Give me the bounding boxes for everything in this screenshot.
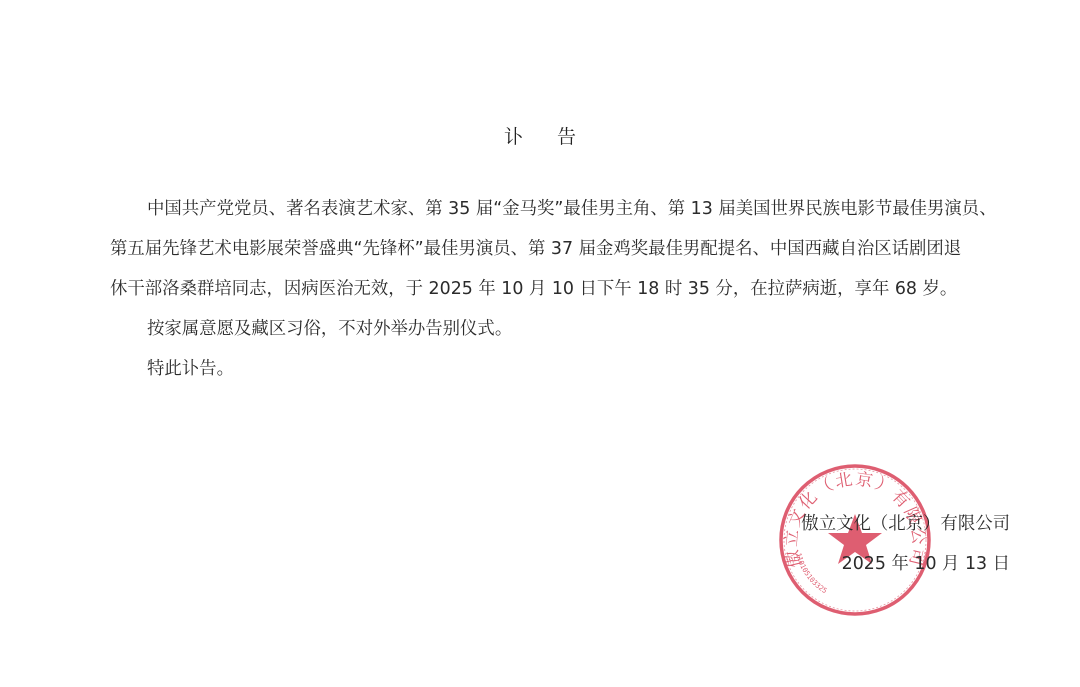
paragraph-line: 中国共产党党员、著名表演艺术家、第 35 届“金马奖”最佳男主角、第 13 届美… — [110, 189, 1010, 229]
document-title: 讣 告 — [0, 122, 1080, 149]
paragraph-line: 特此讣告。 — [110, 349, 1010, 389]
paragraph-line: 按家属意愿及藏区习俗，不对外举办告别仪式。 — [110, 309, 1010, 349]
signature-company: 傲立文化（北京）有限公司 — [801, 509, 1010, 534]
paragraph-funeral-notice: 按家属意愿及藏区习俗，不对外举办告别仪式。 — [110, 309, 1010, 349]
paragraph-line: 休干部洛桑群培同志，因病医治无效，于 2025 年 10 月 10 日下午 18… — [110, 269, 1010, 309]
paragraph-main: 中国共产党党员、著名表演艺术家、第 35 届“金马奖”最佳男主角、第 13 届美… — [110, 189, 1010, 309]
paragraph-closing: 特此讣告。 — [110, 349, 1010, 389]
paragraph-line: 第五届先锋艺术电影展荣誉盛典“先锋杯”最佳男演员、第 37 届金鸡奖最佳男配提名… — [110, 229, 1010, 269]
signature-date: 2025 年 10 月 13 日 — [842, 549, 1010, 574]
obituary-document: 讣 告 中国共产党党员、著名表演艺术家、第 35 届“金马奖”最佳男主角、第 1… — [0, 0, 1080, 687]
company-seal-stamp: 傲立文化（北京）有限公司 110105103325 — [777, 462, 933, 618]
